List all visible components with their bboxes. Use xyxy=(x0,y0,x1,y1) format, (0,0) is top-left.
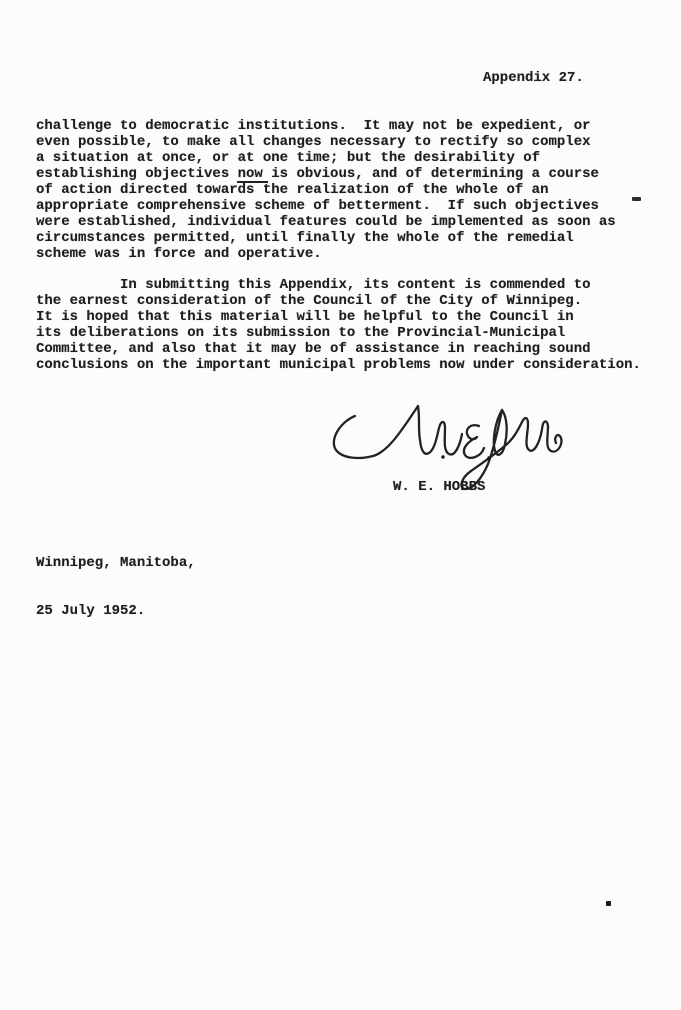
document-page: Appendix 27. challenge to democratic ins… xyxy=(0,0,681,1010)
signature-typed-name: W. E. HOBBS xyxy=(393,479,485,495)
scan-artifact-dot xyxy=(606,901,611,906)
appendix-label: Appendix 27. xyxy=(483,70,584,86)
scan-artifact-dash xyxy=(632,197,641,201)
paragraph-1: challenge to democratic institutions. It… xyxy=(36,118,672,262)
date-line: 25 July 1952. xyxy=(36,603,196,619)
place-date-block: Winnipeg, Manitoba, 25 July 1952. xyxy=(36,523,196,651)
place-line: Winnipeg, Manitoba, xyxy=(36,555,196,571)
paragraph-2: In submitting this Appendix, its content… xyxy=(36,277,680,373)
underline-now-mark xyxy=(237,181,268,183)
